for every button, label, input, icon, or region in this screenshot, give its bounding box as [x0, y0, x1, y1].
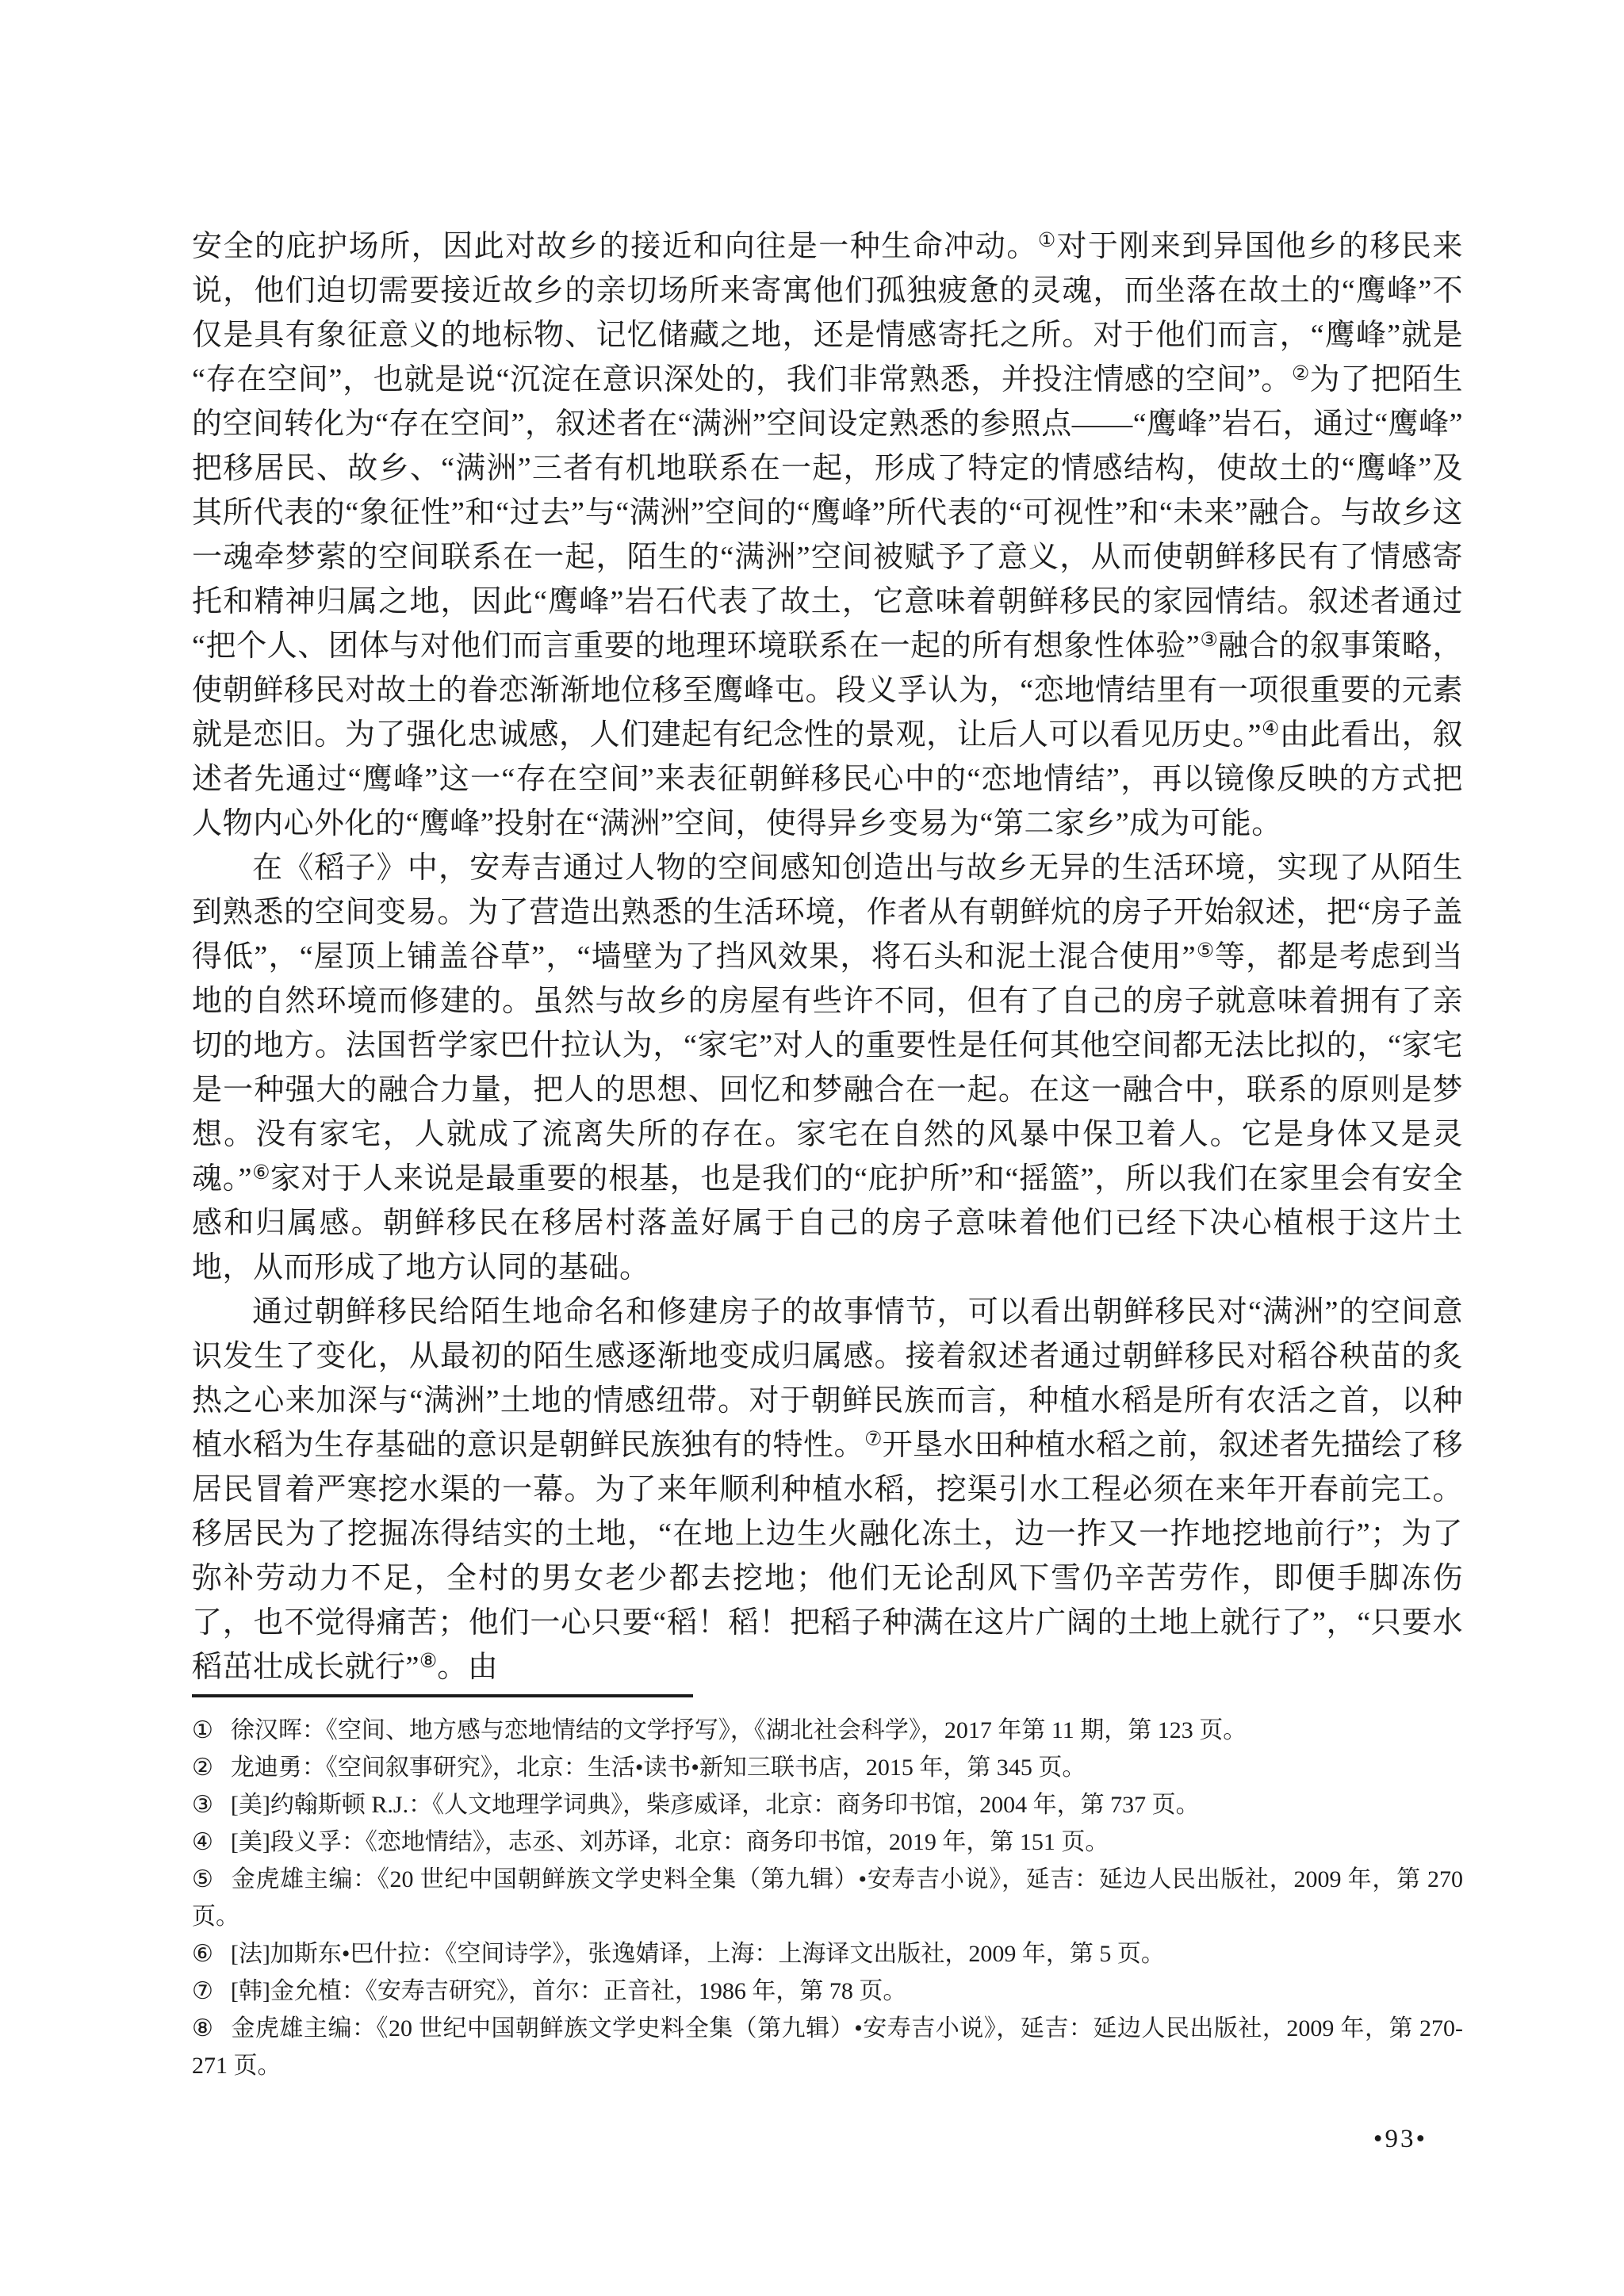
- footnotes-section: ①徐汉晖：《空间、地方感与恋地情结的文学抒写》，《湖北社会科学》，2017 年第…: [192, 1694, 1463, 2084]
- footnote-ref: ⑧: [419, 1651, 437, 1672]
- footnote-marker: ④: [192, 1829, 213, 1855]
- footnote-text: 金虎雄主编：《20 世纪中国朝鲜族文学史料全集（第九辑）•安寿吉小说》，延吉：延…: [192, 2015, 1463, 2079]
- footnote-ref: ②: [1292, 363, 1310, 385]
- footnote-item: ⑤金虎雄主编：《20 世纪中国朝鲜族文学史料全集（第九辑）•安寿吉小说》，延吉：…: [192, 1861, 1463, 1935]
- footnote-ref: ④: [1262, 718, 1280, 740]
- footnote-item: ⑦[韩]金允植：《安寿吉研究》，首尔：正音社，1986 年，第 78 页。: [192, 1973, 1463, 2010]
- footnote-item: ⑧金虎雄主编：《20 世纪中国朝鲜族文学史料全集（第九辑）•安寿吉小说》，延吉：…: [192, 2010, 1463, 2084]
- footnote-text: 徐汉晖：《空间、地方感与恋地情结的文学抒写》，《湖北社会科学》，2017 年第 …: [231, 1717, 1247, 1743]
- footnote-text: 龙迪勇：《空间叙事研究》，北京：生活•读书•新知三联书店，2015 年，第 34…: [231, 1755, 1086, 1781]
- footnote-item: ④[美]段义孚：《恋地情结》，志丞、刘苏译，北京：商务印书馆，2019 年，第 …: [192, 1823, 1463, 1861]
- footnote-marker: ⑧: [192, 2015, 213, 2042]
- page-number: •93•: [1373, 2125, 1427, 2154]
- footnote-text: [美]约翰斯顿 R.J.：《人文地理学词典》，柴彦威译，北京：商务印书馆，200…: [231, 1792, 1200, 1818]
- footnote-ref: ⑥: [252, 1162, 270, 1184]
- footnote-ref: ①: [1038, 230, 1056, 251]
- footnote-text: [法]加斯东•巴什拉：《空间诗学》，张逸婧译，上海：上海译文出版社，2009 年…: [231, 1941, 1165, 1967]
- footnote-ref: ⑦: [864, 1429, 882, 1450]
- paragraph-1: 安全的庇护场所，因此对故乡的接近和向往是一种生命冲动。①对于刚来到异国他乡的移民…: [192, 224, 1463, 846]
- footnote-separator: [192, 1694, 693, 1697]
- paragraph-2: 在《稻子》中，安寿吉通过人物的空间感知创造出与故乡无异的生活环境，实现了从陌生到…: [192, 846, 1463, 1290]
- footnote-marker: ⑤: [192, 1866, 214, 1892]
- footnote-marker: ⑦: [192, 1978, 213, 2004]
- footnote-marker: ①: [192, 1717, 213, 1743]
- footnote-text: [美]段义孚：《恋地情结》，志丞、刘苏译，北京：商务印书馆，2019 年，第 1…: [231, 1829, 1109, 1855]
- footnote-item: ③[美]约翰斯顿 R.J.：《人文地理学词典》，柴彦威译，北京：商务印书馆，20…: [192, 1786, 1463, 1823]
- footnote-item: ①徐汉晖：《空间、地方感与恋地情结的文学抒写》，《湖北社会科学》，2017 年第…: [192, 1712, 1463, 1749]
- footnote-marker: ③: [192, 1792, 213, 1818]
- footnote-marker: ⑥: [192, 1941, 213, 1967]
- document-page: 安全的庇护场所，因此对故乡的接近和向往是一种生命冲动。①对于刚来到异国他乡的移民…: [0, 0, 1624, 2296]
- footnote-text: [韩]金允植：《安寿吉研究》，首尔：正音社，1986 年，第 78 页。: [231, 1978, 906, 2004]
- footnote-marker: ②: [192, 1755, 213, 1781]
- main-text: 安全的庇护场所，因此对故乡的接近和向往是一种生命冲动。①对于刚来到异国他乡的移民…: [192, 224, 1463, 1689]
- footnote-ref: ③: [1200, 629, 1218, 651]
- footnote-ref: ⑤: [1196, 940, 1215, 962]
- footnote-item: ⑥[法]加斯东•巴什拉：《空间诗学》，张逸婧译，上海：上海译文出版社，2009 …: [192, 1935, 1463, 1973]
- footnote-text: 金虎雄主编：《20 世纪中国朝鲜族文学史料全集（第九辑）•安寿吉小说》，延吉：延…: [192, 1866, 1463, 1930]
- footnote-item: ②龙迪勇：《空间叙事研究》，北京：生活•读书•新知三联书店，2015 年，第 3…: [192, 1749, 1463, 1786]
- paragraph-3: 通过朝鲜移民给陌生地命名和修建房子的故事情节，可以看出朝鲜移民对“满洲”的空间意…: [192, 1290, 1463, 1689]
